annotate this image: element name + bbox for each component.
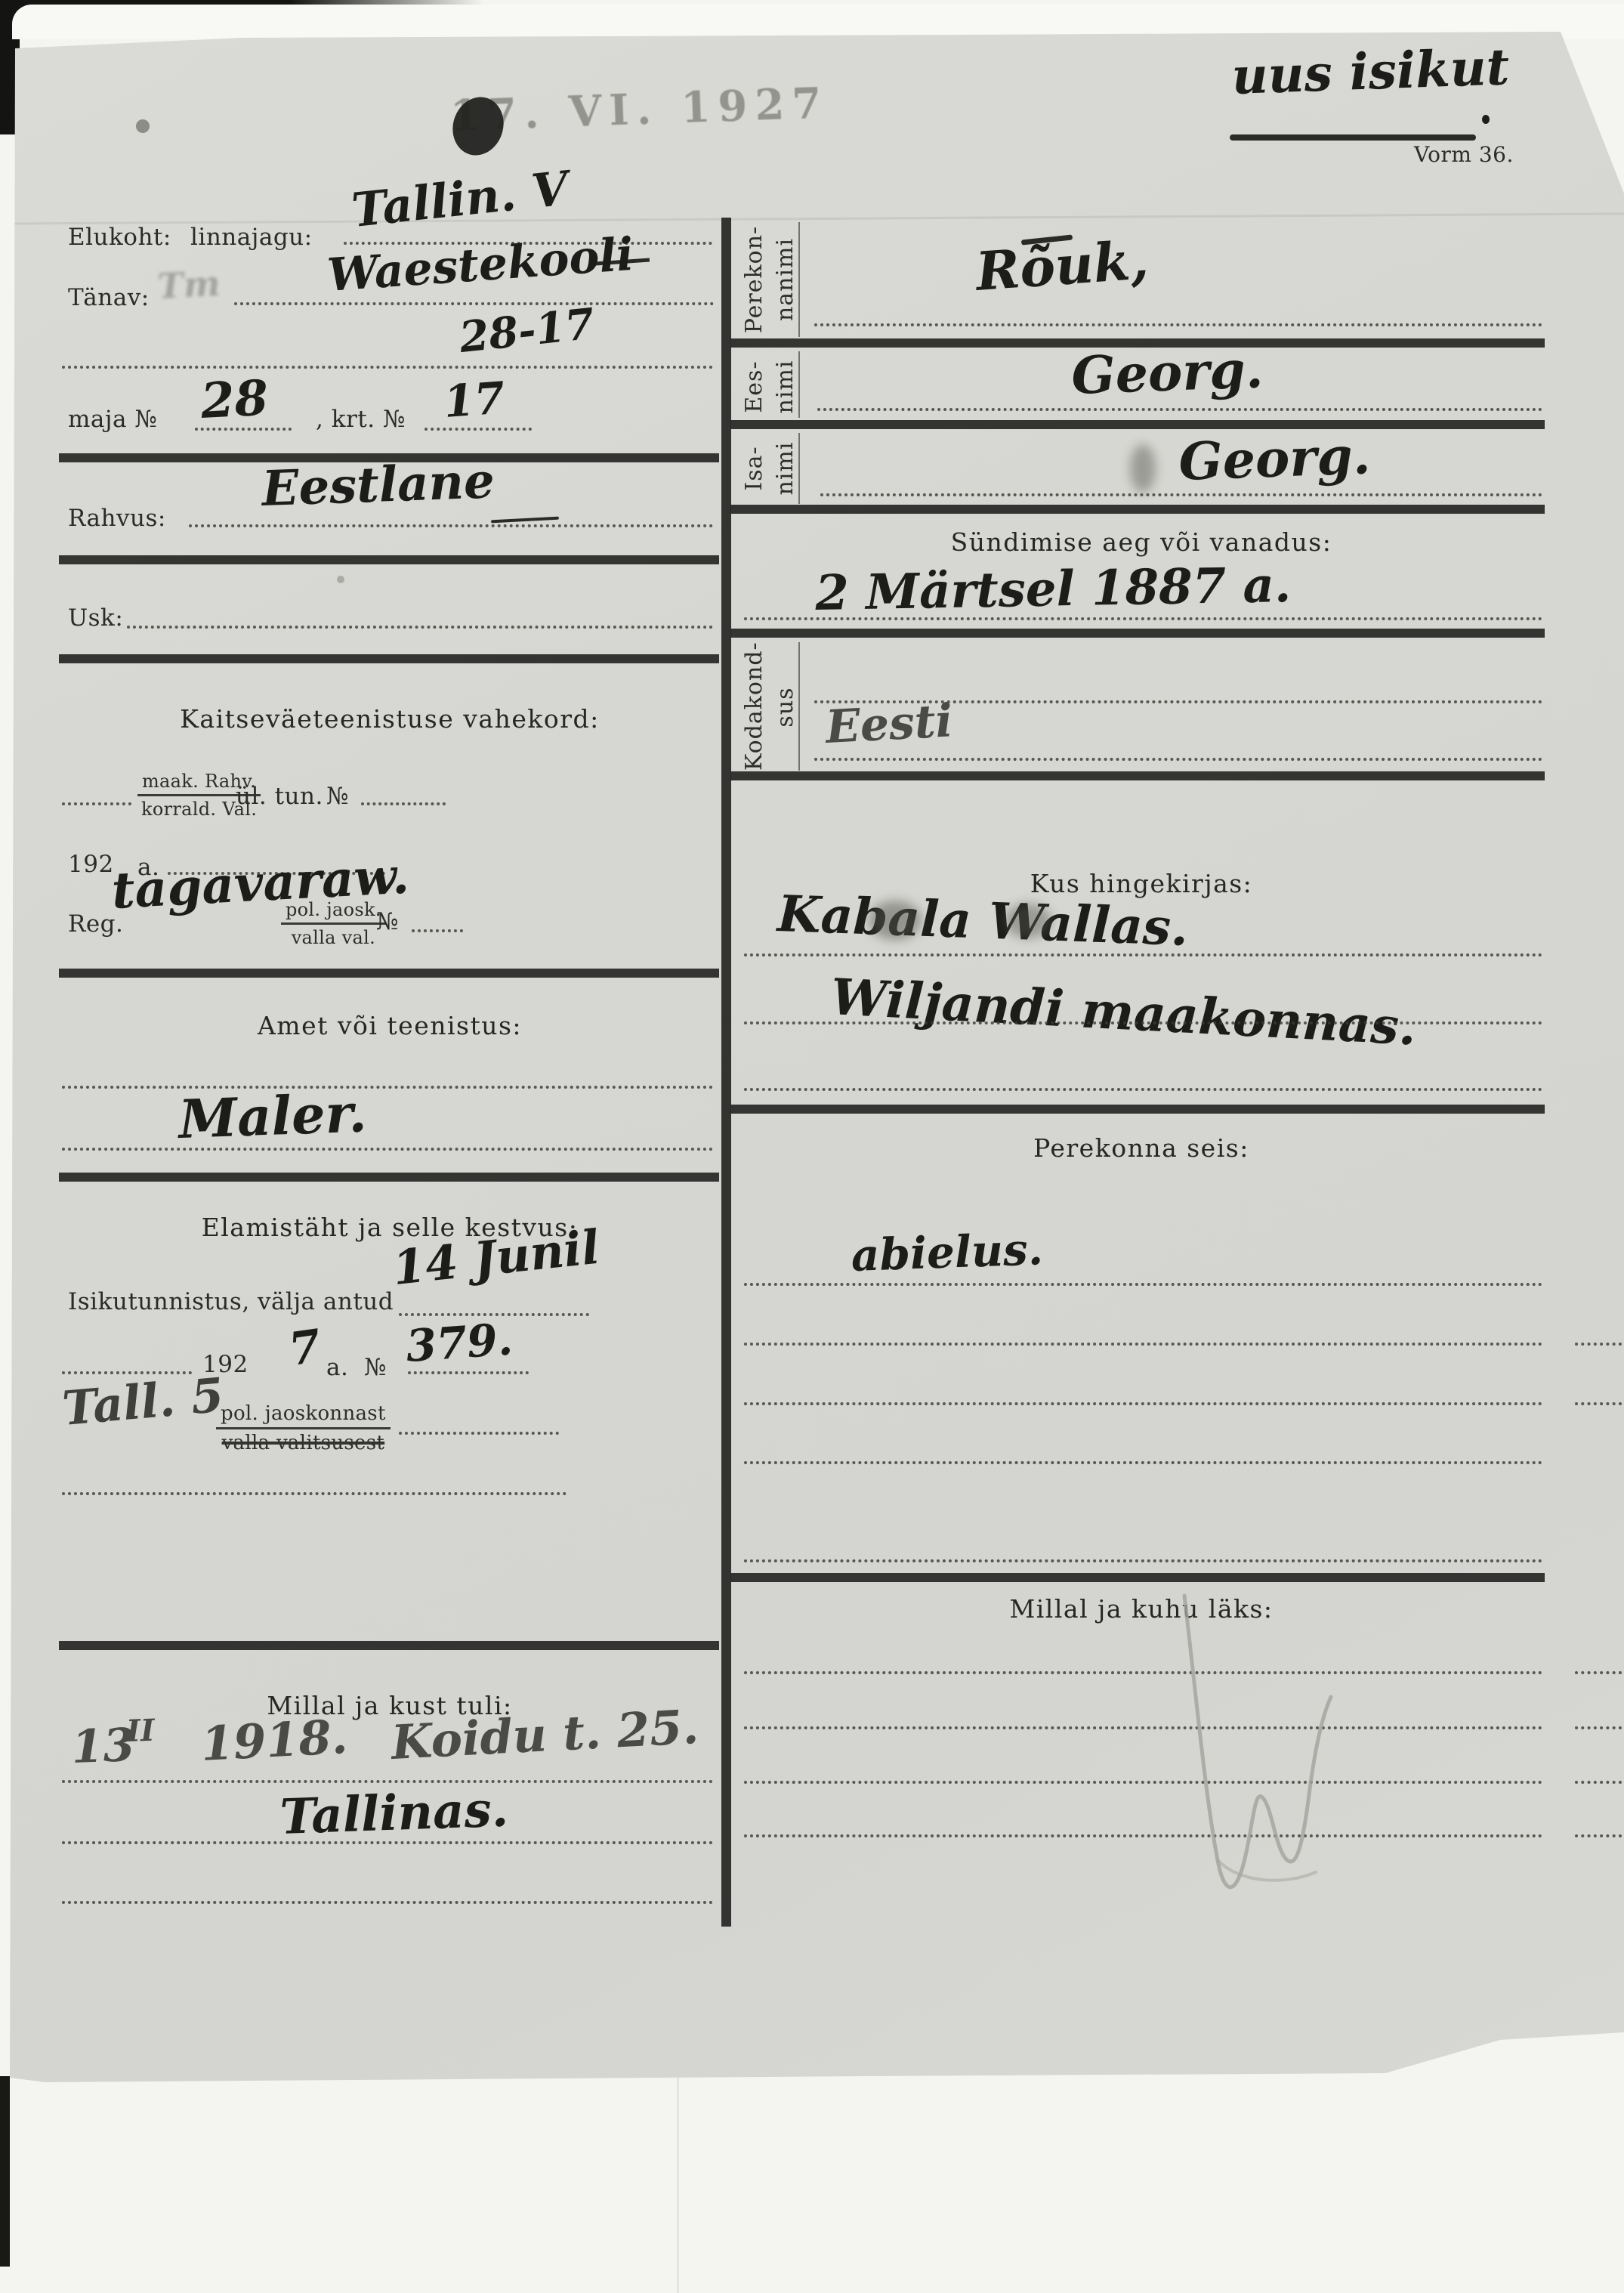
scanner-edge-strip: [0, 2076, 10, 2267]
form-paper: 17. VI. 1927 uus isikut Vorm 36. Elukoht…: [0, 0, 1624, 2293]
background-crease: [677, 2078, 679, 2293]
pencil-scribble: [0, 0, 1624, 2293]
scanned-registration-card: 17. VI. 1927 uus isikut Vorm 36. Elukoht…: [0, 0, 1624, 2293]
